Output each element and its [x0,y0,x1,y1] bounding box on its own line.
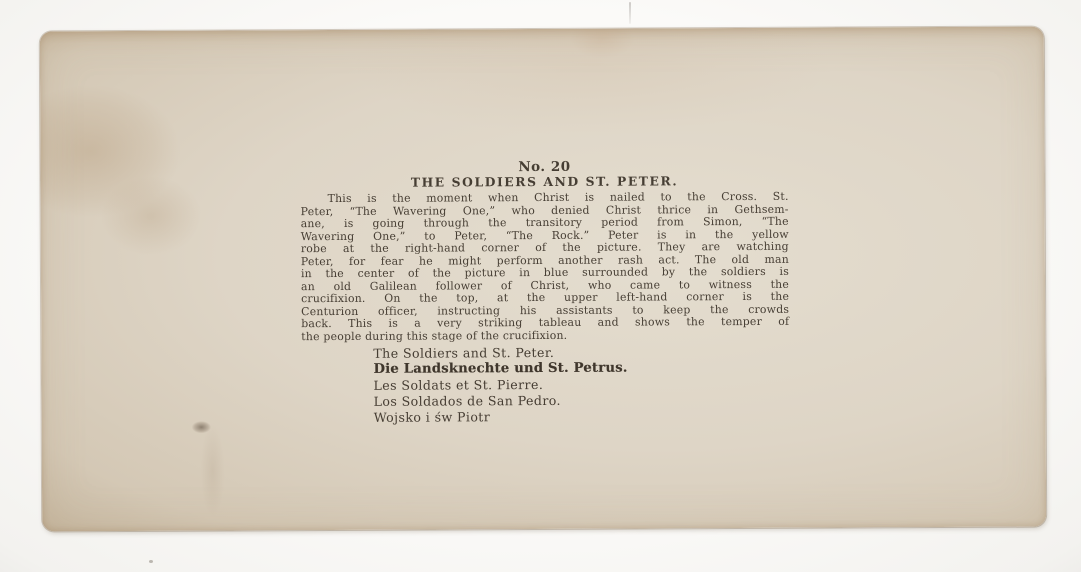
scan-background: No. 20 THE SOLDIERS AND ST. PETER. This … [0,0,1081,572]
title-line-german: Die Landsknechte und St. Petrus. [373,360,789,378]
title-line-english: The Soldiers and St. Peter. [373,343,789,361]
card-title: THE SOLDIERS AND ST. PETER. [300,174,788,190]
body-line: the people during this stage of the cruc… [301,329,789,344]
title-line-french: Les Soldats et St. Pierre. [373,376,789,394]
title-line-polish: Wojsko i św Piotr [374,408,790,426]
title-line-spanish: Los Soldados de San Pedro. [374,392,790,410]
scratch-mark [629,2,631,24]
stereoview-card-back: No. 20 THE SOLDIERS AND ST. PETER. This … [40,27,1046,532]
printed-text-block: No. 20 THE SOLDIERS AND ST. PETER. This … [300,159,789,427]
translations-list: The Soldiers and St. Peter. Die Landskne… [373,343,789,426]
dust-speck [149,560,153,563]
description-paragraph: This is the moment when Christ is nailed… [301,191,790,344]
